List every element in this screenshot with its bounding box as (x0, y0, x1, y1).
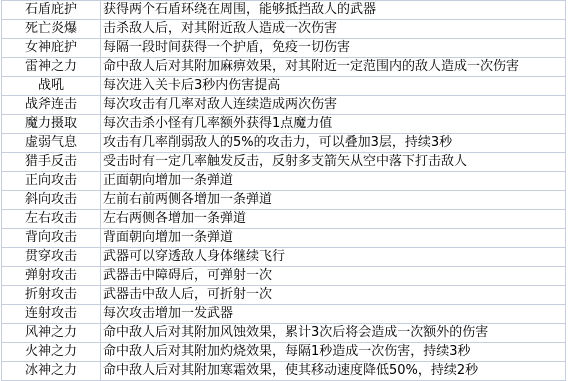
skill-desc-cell[interactable]: 命中敌人后对其附加寒霜效果，使其移动速度降低50%，持续2秒 (101, 362, 566, 381)
table-row: 火神之力 命中敌人后对其附加灼烧效果，每隔1秒造成一次伤害，持续3秒 (2, 343, 566, 362)
skill-desc-cell[interactable]: 左右两侧各增加一条弹道 (101, 210, 566, 229)
skill-name-cell[interactable]: 女神庇护 (2, 39, 101, 58)
skill-desc-cell[interactable]: 武器可以穿透敌人身体继续飞行 (101, 248, 566, 267)
skill-desc-cell[interactable]: 每隔一段时间获得一个护盾，免疫一切伤害 (101, 39, 566, 58)
table-row: 左右攻击 左右两侧各增加一条弹道 (2, 210, 566, 229)
skill-name-cell[interactable]: 背向攻击 (2, 229, 101, 248)
skill-name-cell[interactable]: 折射攻击 (2, 286, 101, 305)
skill-name-cell[interactable]: 猎手反击 (2, 153, 101, 172)
table-row: 石盾庇护 获得两个石盾环绕在周围，能够抵挡敌人的武器 (2, 1, 566, 20)
spreadsheet-area: 石盾庇护 获得两个石盾环绕在周围，能够抵挡敌人的武器 死亡炎爆 击杀敌人后，对其… (0, 0, 570, 381)
skill-desc-cell[interactable]: 获得两个石盾环绕在周围，能够抵挡敌人的武器 (101, 1, 566, 20)
skill-desc-cell[interactable]: 每次攻击有几率对敌人连续造成两次伤害 (101, 96, 566, 115)
skill-desc-cell[interactable]: 命中敌人后对其附加麻痹效果，对其附近一定范围内的敌人造成一次伤害 (101, 58, 566, 77)
skill-name-cell[interactable]: 贯穿攻击 (2, 248, 101, 267)
skill-desc-cell[interactable]: 正面朝向增加一条弹道 (101, 172, 566, 191)
table-row: 冰神之力 命中敌人后对其附加寒霜效果，使其移动速度降低50%，持续2秒 (2, 362, 566, 381)
skill-desc-cell[interactable]: 武器击中敌人后，可折射一次 (101, 286, 566, 305)
table-row: 死亡炎爆 击杀敌人后，对其附近敌人造成一次伤害 (2, 20, 566, 39)
table-row: 正向攻击 正面朝向增加一条弹道 (2, 172, 566, 191)
table-row: 战斧连击 每次攻击有几率对敌人连续造成两次伤害 (2, 96, 566, 115)
table-row: 女神庇护 每隔一段时间获得一个护盾，免疫一切伤害 (2, 39, 566, 58)
skill-desc-cell[interactable]: 受击时有一定几率触发反击，反射多支箭矢从空中落下打击敌人 (101, 153, 566, 172)
skill-table-body: 石盾庇护 获得两个石盾环绕在周围，能够抵挡敌人的武器 死亡炎爆 击杀敌人后，对其… (2, 1, 566, 381)
skill-name-cell[interactable]: 斜向攻击 (2, 191, 101, 210)
skill-desc-cell[interactable]: 背面朝向增加一条弹道 (101, 229, 566, 248)
skill-name-cell[interactable]: 死亡炎爆 (2, 20, 101, 39)
table-row: 风神之力 命中敌人后对其附加风蚀效果，累计3次后将会造成一次额外的伤害 (2, 324, 566, 343)
skill-table: 石盾庇护 获得两个石盾环绕在周围，能够抵挡敌人的武器 死亡炎爆 击杀敌人后，对其… (1, 0, 566, 381)
skill-desc-cell[interactable]: 命中敌人后对其附加灼烧效果，每隔1秒造成一次伤害，持续3秒 (101, 343, 566, 362)
skill-name-cell[interactable]: 战吼 (2, 77, 101, 96)
table-row: 贯穿攻击 武器可以穿透敌人身体继续飞行 (2, 248, 566, 267)
skill-desc-cell[interactable]: 击杀敌人后，对其附近敌人造成一次伤害 (101, 20, 566, 39)
table-row: 虚弱气息 攻击有几率削弱敌人的5%的攻击力，可以叠加3层，持续3秒 (2, 134, 566, 153)
table-row: 雷神之力 命中敌人后对其附加麻痹效果，对其附近一定范围内的敌人造成一次伤害 (2, 58, 566, 77)
skill-desc-cell[interactable]: 左前右前两侧各增加一条弹道 (101, 191, 566, 210)
skill-desc-cell[interactable]: 武器击中障碍后，可弹射一次 (101, 267, 566, 286)
skill-desc-cell[interactable]: 命中敌人后对其附加风蚀效果，累计3次后将会造成一次额外的伤害 (101, 324, 566, 343)
skill-desc-cell[interactable]: 每次进入关卡后3秒内伤害提高 (101, 77, 566, 96)
skill-name-cell[interactable]: 连射攻击 (2, 305, 101, 324)
table-row: 魔力摄取 每次击杀小怪有几率额外获得1点魔力值 (2, 115, 566, 134)
skill-desc-cell[interactable]: 每次攻击增加一发武器 (101, 305, 566, 324)
skill-name-cell[interactable]: 魔力摄取 (2, 115, 101, 134)
skill-name-cell[interactable]: 风神之力 (2, 324, 101, 343)
table-row: 猎手反击 受击时有一定几率触发反击，反射多支箭矢从空中落下打击敌人 (2, 153, 566, 172)
skill-name-cell[interactable]: 火神之力 (2, 343, 101, 362)
table-row: 背向攻击 背面朝向增加一条弹道 (2, 229, 566, 248)
table-row: 斜向攻击 左前右前两侧各增加一条弹道 (2, 191, 566, 210)
skill-name-cell[interactable]: 正向攻击 (2, 172, 101, 191)
skill-name-cell[interactable]: 雷神之力 (2, 58, 101, 77)
skill-desc-cell[interactable]: 攻击有几率削弱敌人的5%的攻击力，可以叠加3层，持续3秒 (101, 134, 566, 153)
skill-desc-cell[interactable]: 每次击杀小怪有几率额外获得1点魔力值 (101, 115, 566, 134)
skill-name-cell[interactable]: 左右攻击 (2, 210, 101, 229)
skill-name-cell[interactable]: 弹射攻击 (2, 267, 101, 286)
skill-name-cell[interactable]: 石盾庇护 (2, 1, 101, 20)
table-row: 连射攻击 每次攻击增加一发武器 (2, 305, 566, 324)
table-row: 弹射攻击 武器击中障碍后，可弹射一次 (2, 267, 566, 286)
skill-name-cell[interactable]: 虚弱气息 (2, 134, 101, 153)
skill-name-cell[interactable]: 战斧连击 (2, 96, 101, 115)
table-row: 战吼 每次进入关卡后3秒内伤害提高 (2, 77, 566, 96)
skill-name-cell[interactable]: 冰神之力 (2, 362, 101, 381)
table-row: 折射攻击 武器击中敌人后，可折射一次 (2, 286, 566, 305)
